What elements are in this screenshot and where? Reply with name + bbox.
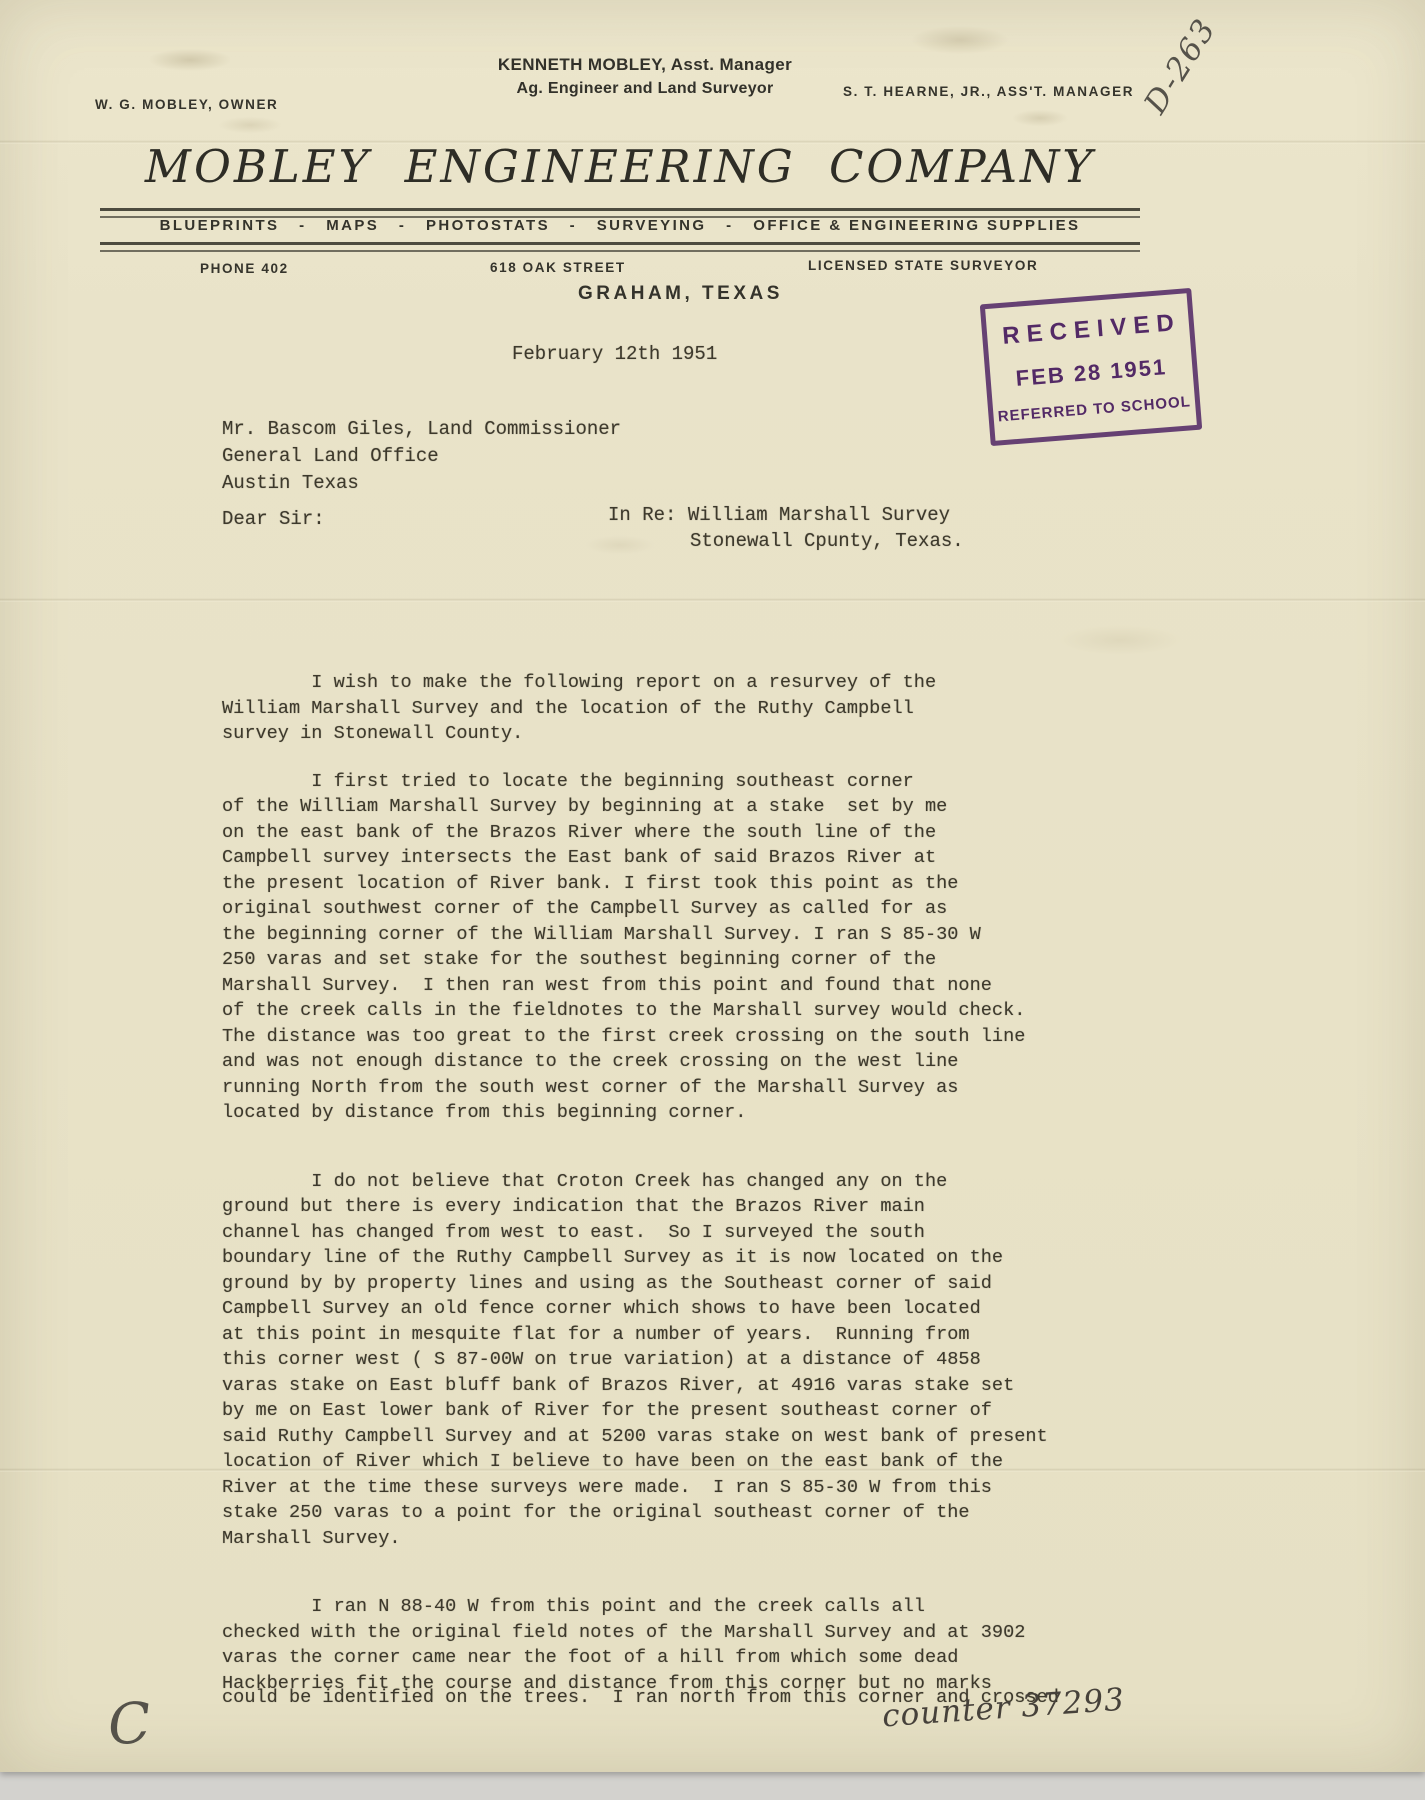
letter-paragraph: I first tried to locate the beginning so… (222, 769, 1122, 1126)
letterhead-owner: W. G. MOBLEY, OWNER (95, 97, 278, 112)
letterhead-manager-name: KENNETH MOBLEY, Asst. Manager (495, 55, 795, 75)
paper-crease (0, 598, 1425, 602)
typed-line: running North from the south west corner… (222, 1075, 1122, 1101)
typed-line: William Marshall Survey and the location… (222, 696, 1122, 722)
typed-line: 250 varas and set stake for the southest… (222, 947, 1122, 973)
typed-line: at this point in mesquite flat for a num… (222, 1322, 1122, 1348)
typed-line: checked with the original field notes of… (222, 1620, 1122, 1646)
doc-number-annotation: D-263 (1137, 12, 1223, 120)
recipient-line: Austin Texas (222, 470, 621, 497)
typed-line: I do not believe that Croton Creek has c… (222, 1169, 1122, 1195)
letterhead-manager-title: Ag. Engineer and Land Surveyor (495, 80, 795, 98)
typed-line: stake 250 varas to a point for the origi… (222, 1500, 1122, 1526)
recipient-line: Mr. Bascom Giles, Land Commissioner (222, 416, 621, 443)
typed-line: I first tried to locate the beginning so… (222, 769, 1122, 795)
recipient-block: Mr. Bascom Giles, Land Commissioner Gene… (222, 416, 621, 497)
company-name: MOBLEY ENGINEERING COMPANY (0, 140, 1240, 193)
double-rule-bottom (100, 242, 1140, 252)
typed-line: the beginning corner of the William Mars… (222, 922, 1122, 948)
letter-date: February 12th 1951 (512, 343, 717, 365)
letter-paragraph: I wish to make the following report on a… (222, 670, 1122, 747)
typed-line: on the east bank of the Brazos River whe… (222, 820, 1122, 846)
typed-line: River at the time these surveys were mad… (222, 1475, 1122, 1501)
typed-line: I wish to make the following report on a… (222, 670, 1122, 696)
typed-line: Campbell Survey an old fence corner whic… (222, 1296, 1122, 1322)
stamp-referred-text: REFERRED TO SCHOOL (997, 393, 1191, 425)
typed-line: channel has changed from west to east. S… (222, 1220, 1122, 1246)
typed-line: of the William Marshall Survey by beginn… (222, 794, 1122, 820)
in-re-line-2: Stonewall Cpunty, Texas. (690, 530, 964, 552)
typed-line: I ran N 88-40 W from this point and the … (222, 1594, 1122, 1620)
stamp-date: FEB 28 1951 (1015, 354, 1168, 392)
typed-line: original southwest corner of the Campbel… (222, 896, 1122, 922)
phone-number: PHONE 402 (200, 261, 289, 276)
typed-line: this corner west ( S 87-00W on true vari… (222, 1347, 1122, 1373)
typed-line: ground by by property lines and using as… (222, 1271, 1122, 1297)
received-stamp: RECEIVED FEB 28 1951 REFERRED TO SCHOOL (980, 288, 1202, 446)
letterhead-manager-block: KENNETH MOBLEY, Asst. Manager Ag. Engine… (495, 55, 795, 98)
typed-line: boundary line of the Ruthy Campbell Surv… (222, 1245, 1122, 1271)
typed-line: location of River which I believe to hav… (222, 1449, 1122, 1475)
salutation: Dear Sir: (222, 508, 325, 530)
street-address: 618 OAK STREET (490, 260, 626, 275)
letter-body: I wish to make the following report on a… (222, 670, 1122, 1711)
typed-line: of the creek calls in the fieldnotes to … (222, 998, 1122, 1024)
letter-paragraph: I do not believe that Croton Creek has c… (222, 1169, 1122, 1552)
licensed-surveyor-label: LICENSED STATE SURVEYOR (808, 258, 1038, 273)
typed-line: survey in Stonewall County. (222, 721, 1122, 747)
handwritten-c-annotation: C (106, 1691, 153, 1759)
stamp-received-text: RECEIVED (994, 309, 1181, 351)
city-state: GRAHAM, TEXAS (578, 283, 783, 305)
typed-line: varas the corner came near the foot of a… (222, 1645, 1122, 1671)
recipient-line: General Land Office (222, 443, 621, 470)
typed-line: located by distance from this beginning … (222, 1100, 1122, 1126)
typed-line: said Ruthy Campbell Survey and at 5200 v… (222, 1424, 1122, 1450)
typed-line: Marshall Survey. I then ran west from th… (222, 973, 1122, 999)
typed-line: ground but there is every indication tha… (222, 1194, 1122, 1220)
letterhead-assistant-manager: S. T. HEARNE, JR., ASS'T. MANAGER (843, 84, 1134, 99)
typed-line: varas stake on East bluff bank of Brazos… (222, 1373, 1122, 1399)
typed-line: by me on East lower bank of River for th… (222, 1398, 1122, 1424)
in-re-line-1: In Re: William Marshall Survey (608, 504, 950, 526)
typed-line: Marshall Survey. (222, 1526, 1122, 1552)
typed-line: The distance was too great to the first … (222, 1024, 1122, 1050)
typed-line: and was not enough distance to the creek… (222, 1049, 1122, 1075)
letter-paper: W. G. MOBLEY, OWNER KENNETH MOBLEY, Asst… (0, 0, 1425, 1772)
services-line: BLUEPRINTS - MAPS - PHOTOSTATS - SURVEYI… (0, 217, 1240, 234)
typed-line: the present location of River bank. I fi… (222, 871, 1122, 897)
typed-line: Campbell survey intersects the East bank… (222, 845, 1122, 871)
